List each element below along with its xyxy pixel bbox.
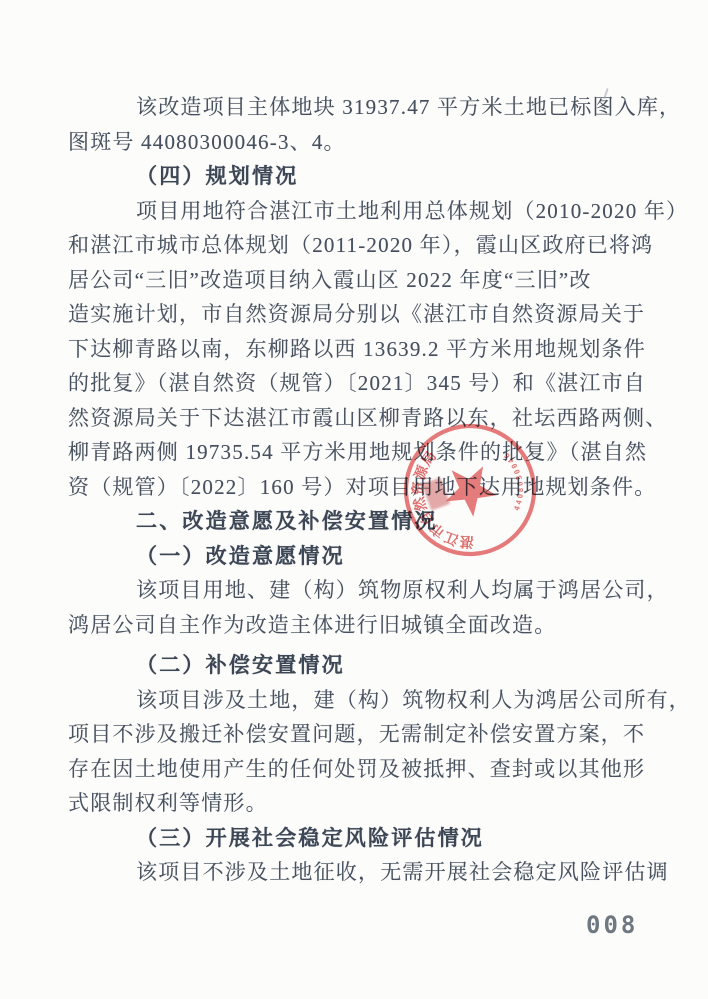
body-line: 项目用地符合湛江市土地利用总体规划（2010-2020 年） xyxy=(68,194,654,229)
body-line: 资（规管）〔2022〕160 号）对项目用地下达用地规划条件。 xyxy=(68,470,654,505)
body-line: 该改造项目主体地块 31937.47 平方米土地已标图入库， xyxy=(68,90,654,125)
body-line: 存在因土地使用产生的任何处罚及被抵押、查封或以其他形 xyxy=(68,752,654,787)
body-line: 该项目不涉及土地征收，无需开展社会稳定风险评估调 xyxy=(68,855,654,890)
body-line: 该项目用地、建（构）筑物原权利人均属于鸿居公司， xyxy=(68,573,654,608)
svg-text:4408030046: 4408030046 xyxy=(489,448,538,515)
section-heading: （三）开展社会稳定风险评估情况 xyxy=(68,821,654,856)
body-line: 然资源局关于下达湛江市霞山区柳青路以东，社坛西路两侧、 xyxy=(68,401,654,436)
body-line: 图斑号 44080300046-3、4。 xyxy=(68,125,654,160)
body-line: 居公司“三旧”改造项目纳入霞山区 2022 年度“三旧”改 xyxy=(68,263,654,298)
official-seal: 湛江市自然资源局 4408030046 xyxy=(400,420,540,560)
section-heading: 二、改造意愿及补偿安置情况 xyxy=(68,504,654,539)
body-line: 项目不涉及搬迁补偿安置问题，无需制定补偿安置方案，不 xyxy=(68,717,654,752)
body-line: 鸿居公司自主作为改造主体进行旧城镇全面改造。 xyxy=(68,608,654,643)
body-line: 式限制权利等情形。 xyxy=(68,786,654,821)
body-line: 造实施计划，市自然资源局分别以《湛江市自然资源局关于 xyxy=(68,297,654,332)
seal-code-text: 4408030046 xyxy=(489,448,538,515)
document-text-block: 该改造项目主体地块 31937.47 平方米土地已标图入库， 图斑号 44080… xyxy=(68,90,654,890)
body-line: 该项目涉及土地，建（构）筑物权利人为鸿居公司所有， xyxy=(68,683,654,718)
official-seal-graphic: 湛江市自然资源局 4408030046 xyxy=(400,420,540,560)
body-line: 和湛江市城市总体规划（2011-2020 年），霞山区政府已将鸿 xyxy=(68,228,654,263)
section-heading: （一）改造意愿情况 xyxy=(68,539,654,574)
body-line: 柳青路两侧 19735.54 平方米用地规划条件的批复》（湛自然 xyxy=(68,435,654,470)
body-line: 的批复》（湛自然资（规管）〔2021〕345 号）和《湛江市自 xyxy=(68,366,654,401)
document-page: 该改造项目主体地块 31937.47 平方米土地已标图入库， 图斑号 44080… xyxy=(0,0,708,999)
body-line: 下达柳青路以南，东柳路以西 13639.2 平方米用地规划条件 xyxy=(68,332,654,367)
section-heading: （二）补偿安置情况 xyxy=(68,648,654,683)
page-number: 008 xyxy=(586,911,638,939)
section-heading: （四）规划情况 xyxy=(68,159,654,194)
